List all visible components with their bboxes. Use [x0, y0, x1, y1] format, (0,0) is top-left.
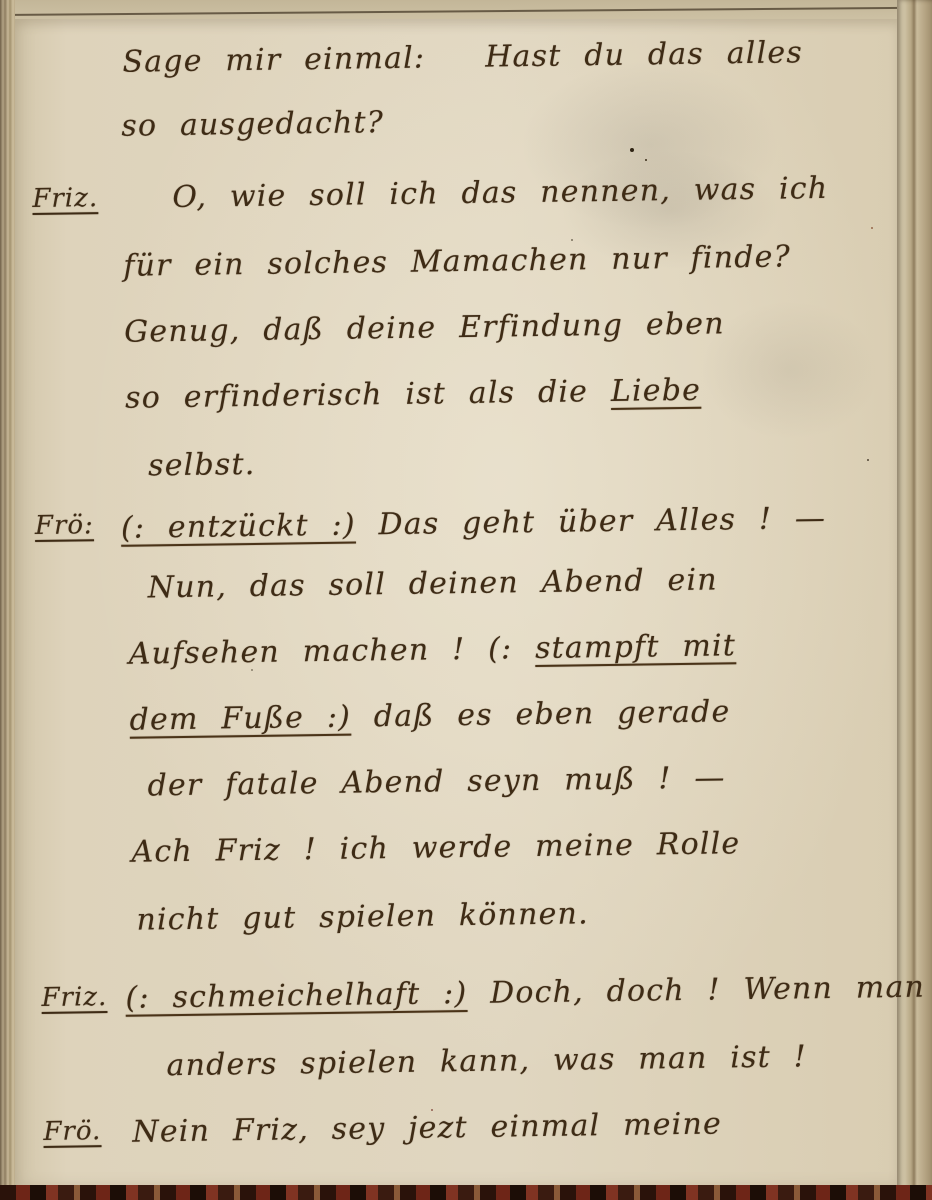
manuscript-line: selbst. [148, 443, 256, 488]
manuscript-line: Aufsehen machen ! (: stampft mit [128, 624, 736, 676]
handwritten-text: anders spielen kann, was man ist ! [166, 1039, 807, 1083]
handwritten-text: Doch, doch ! Wenn man [467, 970, 925, 1011]
manuscript-line: O, wie soll ich das nennen, was ich [172, 167, 829, 220]
word-gap [425, 67, 485, 68]
handwritten-text: so erfinderisch ist als die [125, 374, 611, 416]
manuscript-line: Nun, das soll deinen Abend ein [148, 558, 719, 610]
speaker-label: Friz. [32, 183, 98, 214]
stage-direction-underlined: stampft mit [535, 628, 736, 666]
manuscript-line: Ach Friz ! ich werde meine Rolle [131, 822, 740, 874]
handwritten-text: Hast du das alles [485, 35, 803, 74]
handwritten-text: Genug, daß deine Erfindung eben [124, 306, 725, 349]
handwritten-text-underlined: Liebe [611, 373, 702, 409]
handwritten-text: O, wie soll ich das nennen, was ich [172, 171, 828, 215]
manuscript-line: so ausgedacht? [121, 101, 384, 149]
handwritten-text: der fatale Abend seyn muß ! — [147, 760, 725, 803]
handwritten-text: Sage mir einmal: [122, 41, 425, 80]
handwritten-text: für ein solches Mamachen nur finde? [123, 239, 791, 283]
handwritten-text: Aufsehen machen ! (: [128, 631, 535, 672]
manuscript-line: so erfinderisch ist als die Liebe [125, 369, 702, 421]
manuscript-line: anders spielen kann, was man ist ! [166, 1035, 807, 1088]
handwriting-layer: Friz. Frö: Friz. Frö. Sage mir einmal:Ha… [0, 0, 932, 1200]
stage-direction-underlined: (: schmeichelhaft :) [125, 976, 467, 1016]
handwritten-text: nicht gut spielen können. [136, 896, 589, 937]
stage-direction-underlined: (: entzückt :) [121, 508, 356, 546]
manuscript-scan: Friz. Frö: Friz. Frö. Sage mir einmal:Ha… [0, 0, 932, 1200]
speaker-label: Frö: [35, 510, 94, 541]
manuscript-line: für ein solches Mamachen nur finde? [123, 235, 791, 288]
handwritten-text: Nein Friz, sey jezt einmal meine [132, 1106, 722, 1149]
manuscript-line: Sage mir einmal:Hast du das alles [122, 31, 803, 84]
handwritten-text: so ausgedacht? [121, 105, 384, 144]
manuscript-line: (: entzückt :) Das geht über Alles ! — [121, 497, 827, 551]
speaker-label: Friz. [41, 982, 107, 1013]
manuscript-line: (: schmeichelhaft :) Doch, doch ! Wenn m… [125, 966, 925, 1021]
manuscript-line: Nein Friz, sey jezt einmal meine [132, 1102, 722, 1154]
handwritten-text: Ach Friz ! ich werde meine Rolle [131, 826, 740, 869]
manuscript-line: Genug, daß deine Erfindung eben [124, 302, 725, 354]
manuscript-line: der fatale Abend seyn muß ! — [147, 756, 726, 808]
manuscript-line: dem Fuße :) daß es eben gerade [129, 690, 730, 742]
stage-direction-underlined: dem Fuße :) [129, 700, 351, 738]
speaker-label: Frö. [43, 1116, 101, 1147]
handwritten-text: Nun, das soll deinen Abend ein [148, 562, 718, 605]
handwritten-text: selbst. [148, 447, 256, 483]
handwritten-text: Das geht über Alles ! — [355, 501, 826, 543]
handwritten-text: daß es eben gerade [351, 694, 731, 734]
manuscript-line: nicht gut spielen können. [136, 892, 589, 942]
